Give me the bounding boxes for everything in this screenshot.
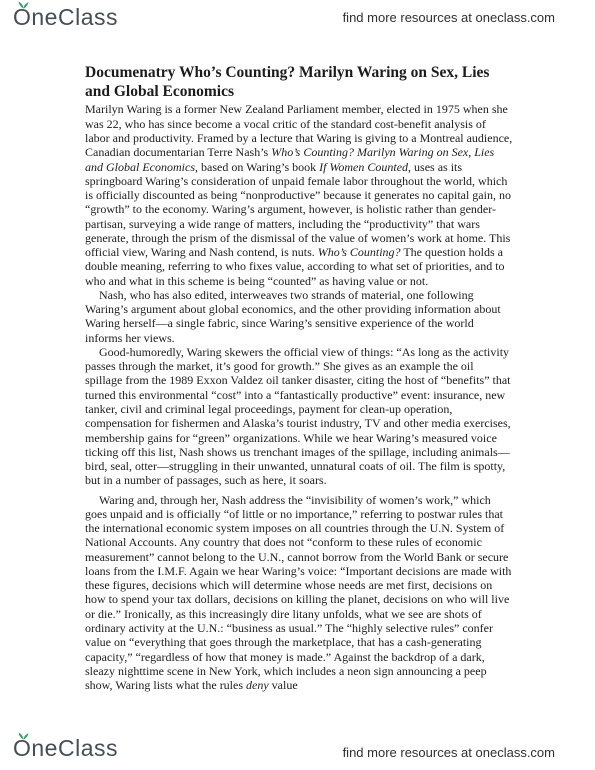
italic-text-run: Who’s Counting? — [318, 245, 401, 259]
leaf-sprout-icon — [18, 1, 29, 9]
paragraphs-container: Marilyn Waring is a former New Zealand P… — [85, 102, 513, 692]
document-title: Documenatry Who’s Counting? Marilyn Wari… — [85, 63, 513, 101]
italic-text-run: If Women Counted — [319, 160, 408, 174]
text-run: , based on Waring’s book — [195, 160, 319, 174]
text-run: Nash, who has also edited, interweaves t… — [85, 288, 501, 345]
oneclass-logo-footer: OneClass — [13, 737, 118, 760]
footer-tagline: find more resources at oneclass.com — [343, 745, 555, 760]
leaf-sprout-icon — [18, 732, 29, 740]
document-body: Documenatry Who’s Counting? Marilyn Wari… — [0, 29, 513, 737]
paragraph: Waring and, through her, Nash address th… — [85, 493, 513, 693]
document-page: OneClass find more resources at oneclass… — [0, 0, 595, 770]
paragraph: Marilyn Waring is a former New Zealand P… — [85, 102, 513, 287]
italic-text-run: deny — [246, 678, 269, 692]
footer: OneClass find more resources at oneclass… — [0, 737, 595, 770]
oneclass-logo: OneClass — [13, 6, 118, 29]
paragraph: Nash, who has also edited, interweaves t… — [85, 288, 513, 345]
header: OneClass find more resources at oneclass… — [0, 0, 595, 29]
text-run: value — [269, 678, 298, 692]
text-run: Waring and, through her, Nash address th… — [85, 493, 511, 692]
text-run: Good-humoredly, Waring skewers the offic… — [85, 345, 511, 487]
header-tagline: find more resources at oneclass.com — [343, 10, 555, 25]
paragraph: Good-humoredly, Waring skewers the offic… — [85, 345, 513, 488]
